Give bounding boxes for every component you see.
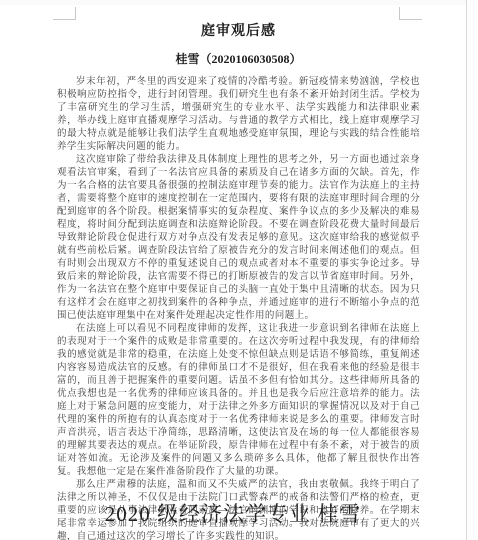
paragraph-3: 在法庭上可以看见不同程度律师的发挥，这让我进一步意识到名律师在法庭上的表现对于一… xyxy=(57,323,420,479)
paragraph-1: 岁末年初，严冬里的西安迎来了疫情的冷酷考验。新冠疫情来势汹汹，学校也积极响应防控… xyxy=(57,76,420,154)
page-edge-line xyxy=(466,0,467,540)
document-page: 庭审观后感 桂雪（2020106030508） 岁末年初，严冬里的西安迎来了疫情… xyxy=(57,20,420,540)
top-margin-strip xyxy=(0,0,478,5)
margin-crop-mark-top-left xyxy=(53,7,76,20)
author-line: 桂雪（2020106030508） xyxy=(57,50,420,67)
document-viewport: 庭审观后感 桂雪（2020106030508） 岁末年初，严冬里的西安迎来了疫情… xyxy=(0,0,478,540)
footer-caption: 2020 级经济法学专业 桂雪 xyxy=(0,498,466,528)
document-body: 岁末年初，严冬里的西安迎来了疫情的冷酷考验。新冠疫情来势汹汹，学校也积极响应防控… xyxy=(57,76,420,540)
document-title: 庭审观后感 xyxy=(57,20,420,40)
paragraph-2: 这次庭审除了带给我法律及具体制度上理性的思考之外，另一方面也通过亲身观看法官审案… xyxy=(57,154,420,323)
right-gutter xyxy=(467,0,478,540)
margin-crop-mark-top-right xyxy=(399,7,422,20)
